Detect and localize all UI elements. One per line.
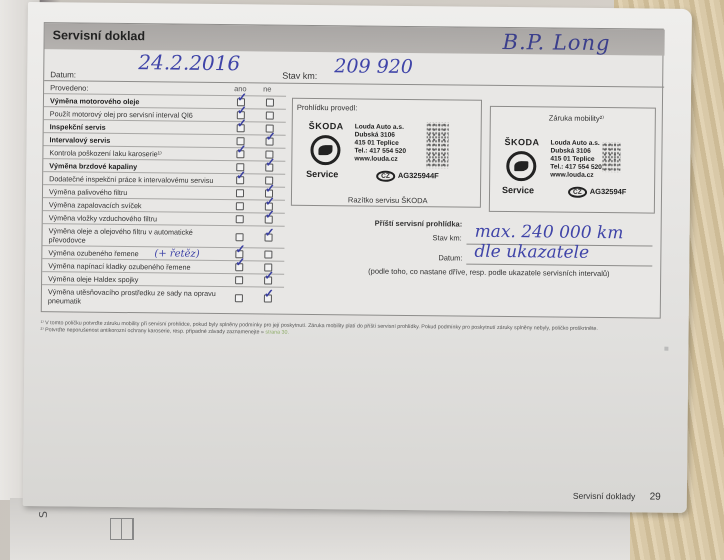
- no-checkbox[interactable]: [266, 111, 274, 119]
- yes-checkbox[interactable]: [236, 176, 244, 184]
- yes-checkbox[interactable]: [235, 263, 243, 271]
- no-checkbox[interactable]: [265, 163, 273, 171]
- inspection-caption: Prohlídku provedl:: [297, 103, 358, 113]
- no-column-label: ne: [263, 84, 271, 93]
- no-checkbox[interactable]: [264, 294, 272, 302]
- next-km-value[interactable]: max. 240 000 km: [475, 222, 624, 244]
- underpage-side-letter: S: [37, 511, 50, 518]
- km-value[interactable]: 209 920: [334, 55, 413, 78]
- next-service-title: Příští servisní prohlídka:: [375, 219, 463, 229]
- ce-mark-icon: CZ: [568, 187, 587, 198]
- checklist-row: Výměna oleje a olejového filtru v automa…: [42, 223, 284, 248]
- no-checkbox[interactable]: [265, 215, 273, 223]
- service-checklist: Provedeno: ano ne Výměna motorového olej…: [42, 81, 286, 309]
- ce-mark-icon: CZ: [376, 171, 395, 182]
- footer-section: Servisní doklady: [573, 491, 635, 502]
- dealer-address: Louda Auto a.s. Dubská 3106 415 01 Tepli…: [354, 123, 406, 164]
- checklist-row: Výměna utěsňovacího prostředku ze sady n…: [42, 284, 284, 309]
- skoda-logo-icon: [310, 135, 340, 165]
- mobility-stamp-box: Záruka mobility²⁾ ŠKODA Louda Auto a.s. …: [489, 106, 656, 214]
- no-checkbox[interactable]: [264, 250, 272, 258]
- next-date-label: Datum:: [438, 253, 462, 262]
- page-reference-link[interactable]: strana 30.: [265, 330, 289, 336]
- stamp-code: CZAG32594F: [568, 187, 626, 199]
- mobility-caption: Záruka mobility²⁾: [549, 113, 604, 123]
- checklist-item-label: Výměna utěsňovacího prostředku ze sady n…: [42, 285, 220, 308]
- date-label: Datum:: [50, 70, 76, 79]
- checklist-item-label: Výměna oleje a olejového filtru v automa…: [42, 224, 220, 247]
- corner-mark: [664, 347, 668, 351]
- skoda-brand: ŠKODA: [309, 121, 344, 131]
- yes-checkbox[interactable]: [236, 233, 244, 241]
- yes-checkbox[interactable]: [236, 202, 244, 210]
- next-date-value[interactable]: dle ukazatele: [474, 242, 589, 263]
- inspection-stamp-box: Prohlídku provedl: ŠKODA Louda Auto a.s.…: [291, 98, 482, 208]
- stamp-caption: Razítko servisu ŠKODA: [348, 195, 428, 205]
- handwritten-note: (+ řetěz): [154, 249, 199, 258]
- mobility-dealer-stamp: ŠKODA Louda Auto a.s. Dubská 3106 415 01…: [502, 137, 673, 229]
- service-label: Service: [502, 185, 534, 195]
- no-checkbox[interactable]: [264, 276, 272, 284]
- stamp-speckle: [426, 122, 448, 168]
- no-checkbox[interactable]: [266, 137, 274, 145]
- signature: B.P. Long: [502, 30, 610, 55]
- no-checkbox[interactable]: [266, 98, 274, 106]
- service-book-page: Servisní doklad B.P. Long Datum: 24.2.20…: [23, 2, 692, 513]
- page-number: 29: [650, 492, 661, 503]
- skoda-brand: ŠKODA: [505, 137, 540, 147]
- yes-checkbox[interactable]: [235, 294, 243, 302]
- service-record-form: Servisní doklad B.P. Long Datum: 24.2.20…: [41, 22, 664, 318]
- stamp-code: CZAG325944F: [376, 171, 439, 183]
- page-footer: Servisní doklady 29: [573, 491, 661, 503]
- underpage-tab-boxes: [110, 518, 134, 540]
- service-label: Service: [306, 169, 338, 179]
- next-service-note: (podle toho, co nastane dříve, resp. pod…: [368, 267, 609, 279]
- no-checkbox[interactable]: [265, 233, 273, 241]
- performed-label: Provedeno:: [50, 83, 88, 92]
- yes-checkbox[interactable]: [237, 124, 245, 132]
- next-km-label: Stav km:: [433, 233, 462, 242]
- yes-checkbox[interactable]: [236, 189, 244, 197]
- date-value[interactable]: 24.2.2016: [138, 50, 240, 75]
- next-service-section: Příští servisní prohlídka: Stav km: max.…: [372, 215, 663, 288]
- km-label: Stav km:: [282, 71, 317, 81]
- footnotes: ¹⁾ V tomto políčku potvrďte záruku mobil…: [41, 320, 671, 341]
- yes-checkbox[interactable]: [236, 215, 244, 223]
- stamp-speckle: [602, 142, 620, 172]
- yes-checkbox[interactable]: [235, 276, 243, 284]
- yes-checkbox[interactable]: [236, 150, 244, 158]
- dealer-address: Louda Auto a.s. Dubská 3106 415 01 Tepli…: [550, 139, 602, 180]
- page-title: Servisní doklad: [53, 28, 146, 43]
- skoda-logo-icon: [506, 151, 536, 181]
